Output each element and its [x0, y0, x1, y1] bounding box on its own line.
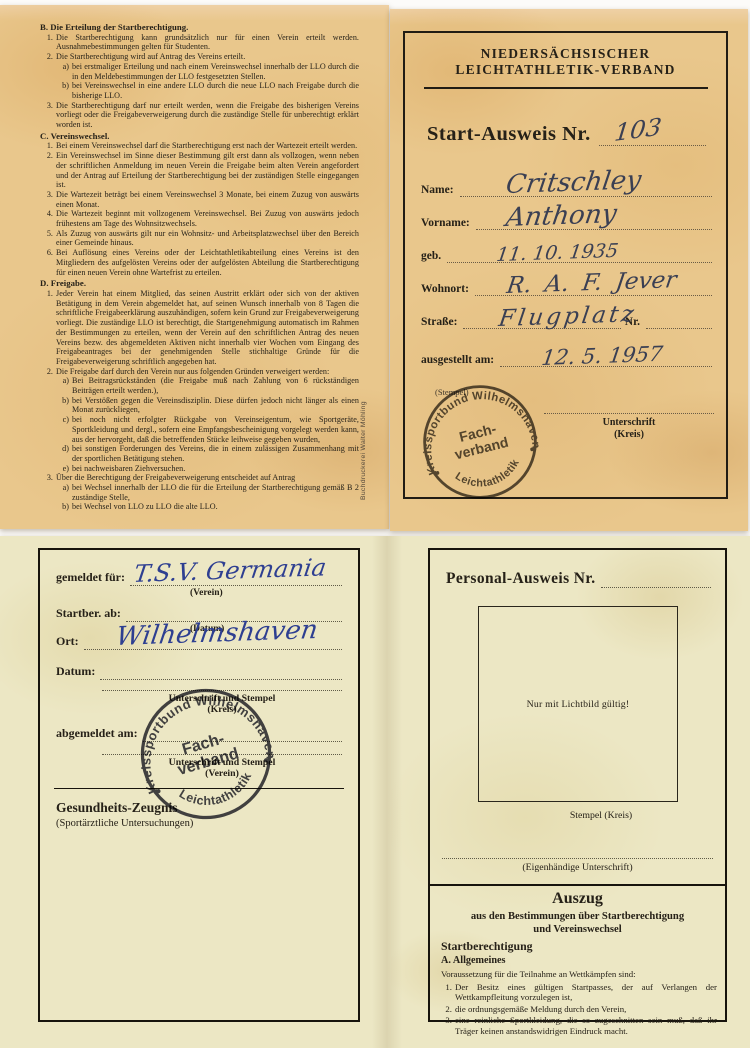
regulation-item: 3.Die Startberechtigung darf nur erteilt… — [40, 101, 359, 130]
item-text: bei Wechsel innerhalb der LLO die für di… — [72, 483, 359, 502]
auszug-subtitle-line1: aus den Bestimmungen über Startberechtig… — [430, 911, 725, 922]
item-text: eine reinliche Sportkleidung, die so zug… — [455, 1015, 717, 1036]
item-text: Der Besitz eines gültigen Startpasses, d… — [455, 982, 717, 1003]
auszug-items: 1.Der Besitz eines gültigen Startpasses,… — [441, 980, 717, 1036]
regulation-subitem: a)bei erstmaliger Erteilung und nach ein… — [57, 62, 359, 81]
item-text: die ordnungsgemäße Meldung durch den Ver… — [455, 1004, 717, 1014]
regulation-item: 2.Die Freigabe darf durch den Verein nur… — [40, 367, 359, 377]
item-marker: 1. — [40, 141, 53, 151]
ausgestellt-label: ausgestellt am: — [421, 354, 494, 367]
organization-name: NIEDERSÄCHSISCHER LEICHTATHLETIK-VERBAND — [405, 46, 726, 78]
item-text: Ein Vereinswechsel im Sinne dieser Besti… — [56, 151, 359, 190]
item-marker: a) — [57, 62, 69, 81]
item-marker: c) — [57, 415, 69, 444]
item-text: bei nachweisbaren Ziehversuchen. — [72, 464, 359, 474]
regulation-subitem: b)bei Wechsel von LLO zu LLO die alte LL… — [57, 502, 359, 512]
item-marker: a) — [57, 376, 69, 395]
regulations-text: B. Die Erteilung der Startberechtigung. … — [40, 21, 359, 512]
regulation-item: 3.Über die Berechtigung der Freigabeverw… — [40, 473, 359, 483]
strasse-field: Straße: Flugplatz Nr. — [421, 305, 712, 329]
item-marker: 3. — [441, 1015, 452, 1036]
regulation-item: 4.Die Wartezeit beginnt mit vollzogenem … — [40, 209, 359, 228]
auszug-item: 1.Der Besitz eines gültigen Startpasses,… — [441, 982, 717, 1003]
regulation-subitem: b)bei Verstößen gegen die Vereinsdiszipl… — [57, 396, 359, 415]
wohnort-field: Wohnort: R. A. F. Jever — [421, 272, 712, 296]
stamp-arc-bottom-text: Leichtathletik — [451, 455, 526, 497]
personal-ausweis-title: Personal-Ausweis Nr. — [446, 570, 596, 588]
item-marker: 6. — [40, 248, 53, 277]
item-marker: 2. — [441, 1004, 452, 1014]
auszug-item: 3.eine reinliche Sportkleidung, die so z… — [441, 1015, 717, 1036]
item-marker: 3. — [40, 473, 53, 483]
item-text: bei Verstößen gegen die Vereinsdisziplin… — [72, 396, 359, 415]
geburtsdatum-field: geb. 11. 10. 1935 — [421, 239, 712, 263]
registration-box: gemeldet für: T.S.V. Germania (Verein) S… — [38, 548, 360, 1022]
regulation-item: 1.Die Startberechtigung kann grundsätzli… — [40, 33, 359, 52]
startberechtigung-heading: Startberechtigung — [441, 939, 533, 954]
item-marker: d) — [57, 444, 69, 463]
handwritten-vorname: Anthony — [504, 199, 619, 233]
gemeldet-field: gemeldet für: T.S.V. Germania — [56, 564, 342, 586]
item-text: Bei Beitragsrückständen (die Freigabe mu… — [72, 376, 359, 395]
handwritten-ausgestellt-datum: 12. 5. 1957 — [540, 342, 664, 370]
svg-text:Leichtathletik: Leichtathletik — [451, 455, 526, 497]
auszug-subtitle-line2: und Vereinswechsel — [430, 924, 725, 935]
item-text: bei noch nicht erfolgter Rückgabe von Ve… — [72, 415, 359, 444]
item-text: bei Wechsel von LLO zu LLO die alte LLO. — [72, 502, 359, 512]
item-text: Als Zuzug von auswärts gilt nur ein Wohn… — [56, 229, 359, 248]
handwritten-strasse: Flugplatz — [497, 301, 638, 332]
signature-caption-line1: Unterschrift — [544, 417, 714, 429]
stempel-kreis-label: Stempel (Kreis) — [526, 810, 676, 821]
photo-placeholder-box: Nur mit Lichtbild gültig! — [478, 606, 678, 802]
regulation-item: 2.Die Startberechtigung wird auf Antrag … — [40, 52, 359, 62]
item-text: Die Freigabe darf durch den Verein nur a… — [56, 367, 359, 377]
name-line: Critschley — [460, 172, 712, 197]
item-text: Die Startberechtigung kann grundsätzlich… — [56, 33, 359, 52]
item-marker: b) — [57, 396, 69, 415]
startber-label: Startber. ab: — [56, 606, 121, 622]
item-marker: 1. — [441, 982, 452, 1003]
fold-shadow — [372, 536, 402, 1048]
regulation-item: 6.Bei Auflösung eines Vereins oder der L… — [40, 248, 359, 277]
ort-field: Ort: Wilhelmshaven — [56, 628, 342, 650]
round-stamp-kreissportbund: Kreissportbund Wilhelmshaven Leichtathle… — [406, 368, 554, 516]
allgemeines-heading: A. Allgemeines — [441, 955, 506, 966]
item-text: Jeder Verein hat einem Mitglied, das sei… — [56, 289, 359, 367]
personal-ausweis-box: Personal-Ausweis Nr. Nur mit Lichtbild g… — [428, 548, 727, 1022]
signature-line — [544, 413, 714, 414]
regulation-subitem: a)bei Wechsel innerhalb der LLO die für … — [57, 483, 359, 502]
datum-label: Datum: — [56, 664, 95, 680]
auszug-divider — [428, 884, 727, 886]
handwritten-wohnort: R. A. F. Jever — [505, 267, 678, 299]
handwritten-number: 103 — [613, 113, 663, 147]
wohnort-label: Wohnort: — [421, 283, 469, 296]
personal-signature-line — [442, 858, 713, 859]
regulation-subitem: b)bei Vereinswechsel in eine andere LLO … — [57, 81, 359, 100]
item-text: bei erstmaliger Erteilung und nach einem… — [72, 62, 359, 81]
verein-note: (Verein) — [190, 588, 223, 598]
strasse-label: Straße: — [421, 316, 457, 329]
number-line: 103 — [599, 121, 706, 146]
item-marker: e) — [57, 464, 69, 474]
personal-signature-caption: (Eigenhändige Unterschrift) — [442, 862, 713, 873]
item-text: Die Startberechtigung darf nur erteilt w… — [56, 101, 359, 130]
strasse-line: Flugplatz — [463, 304, 620, 329]
item-marker: 2. — [40, 52, 53, 62]
regulation-item: 1.Bei einem Vereinswechsel darf die Star… — [40, 141, 359, 151]
card-frame: NIEDERSÄCHSISCHER LEICHTATHLETIK-VERBAND… — [403, 31, 728, 499]
regulation-subitem: e)bei nachweisbaren Ziehversuchen. — [57, 464, 359, 474]
section-heading: B. Die Erteilung der Startberechtigung. — [40, 23, 359, 33]
start-ausweis-number-row: Start-Ausweis Nr. 103 — [427, 121, 706, 146]
item-marker: 4. — [40, 209, 53, 228]
organization-line2: LEICHTATHLETIK-VERBAND — [405, 62, 726, 78]
item-marker: 3. — [40, 101, 53, 130]
item-marker: 2. — [40, 151, 53, 190]
wohnort-line: R. A. F. Jever — [475, 271, 712, 296]
item-text: bei Vereinswechsel in eine andere LLO du… — [72, 81, 359, 100]
item-text: Über die Berechtigung der Freigabeverwei… — [56, 473, 359, 483]
scanned-start-ausweis-document: B. Die Erteilung der Startberechtigung. … — [0, 0, 750, 1048]
section-heading: D. Freigabe. — [40, 279, 359, 289]
regulation-item: 2.Ein Vereinswechsel im Sinne dieser Bes… — [40, 151, 359, 190]
item-text: bei sonstigen Forderungen des Vereins, d… — [72, 444, 359, 463]
item-marker: 5. — [40, 229, 53, 248]
personal-number-line — [601, 565, 711, 588]
geb-line: 11. 10. 1935 — [447, 238, 712, 263]
organization-line1: NIEDERSÄCHSISCHER — [405, 46, 726, 62]
geb-label: geb. — [421, 250, 441, 263]
ausgestellt-line: 12. 5. 1957 — [500, 342, 712, 367]
regulation-item: 3.Die Wartezeit beträgt bei einem Verein… — [40, 190, 359, 209]
bottom-spread-page: gemeldet für: T.S.V. Germania (Verein) S… — [0, 536, 750, 1048]
regulation-item: 5.Als Zuzug von auswärts gilt nur ein Wo… — [40, 229, 359, 248]
item-marker: b) — [57, 502, 69, 512]
ort-line: Wilhelmshaven — [84, 627, 342, 650]
gemeldet-label: gemeldet für: — [56, 570, 125, 586]
signature-zone: (Stempel) Unterschrift (Kreis) Kreisspor… — [405, 385, 726, 495]
item-text: Die Wartezeit beträgt bei einem Vereinsw… — [56, 190, 359, 209]
regulations-page: B. Die Erteilung der Startberechtigung. … — [0, 5, 389, 529]
ausgestellt-field: ausgestellt am: 12. 5. 1957 — [421, 343, 712, 367]
header-rule — [424, 87, 708, 89]
auszug-item: 2.die ordnungsgemäße Meldung durch den V… — [441, 1004, 717, 1014]
vorname-line: Anthony — [476, 205, 712, 230]
photo-note: Nur mit Lichtbild gültig! — [527, 699, 630, 710]
item-text: Die Startberechtigung wird auf Antrag de… — [56, 52, 359, 62]
item-marker: a) — [57, 483, 69, 502]
gemeldet-line: T.S.V. Germania — [130, 563, 342, 586]
item-marker: 1. — [40, 289, 53, 367]
auszug-intro: Voraussetzung für die Teilnahme an Wettk… — [441, 969, 717, 979]
auszug-title: Auszug — [430, 890, 725, 908]
item-marker: 1. — [40, 33, 53, 52]
ort-label: Ort: — [56, 634, 79, 650]
handwritten-ort: Wilhelmshaven — [114, 615, 320, 652]
vorname-label: Vorname: — [421, 217, 470, 230]
item-marker: 2. — [40, 367, 53, 377]
regulation-subitem: c)bei noch nicht erfolgter Rückgabe von … — [57, 415, 359, 444]
name-field: Name: Critschley — [421, 173, 712, 197]
item-marker: 3. — [40, 190, 53, 209]
handwritten-geburtsdatum: 11. 10. 1935 — [495, 240, 620, 266]
item-text: Bei einem Vereinswechsel darf die Startb… — [56, 141, 359, 151]
item-marker: b) — [57, 81, 69, 100]
printer-credit: Buchdruckerei Walter Möhling — [360, 335, 367, 500]
signature-caption-line2: (Kreis) — [544, 429, 714, 441]
item-text: Bei Auflösung eines Vereins oder der Lei… — [56, 248, 359, 277]
handwritten-name: Critschley — [504, 165, 643, 200]
start-ausweis-label: Start-Ausweis Nr. — [427, 123, 591, 146]
item-text: Die Wartezeit beginnt mit vollzogenem Ve… — [56, 209, 359, 228]
vorname-field: Vorname: Anthony — [421, 206, 712, 230]
regulation-subitem: d)bei sonstigen Forderungen des Vereins,… — [57, 444, 359, 463]
start-ausweis-page: NIEDERSÄCHSISCHER LEICHTATHLETIK-VERBAND… — [390, 9, 748, 531]
personal-ausweis-title-row: Personal-Ausweis Nr. — [446, 566, 711, 588]
regulation-subitem: a)Bei Beitragsrückständen (die Freigabe … — [57, 376, 359, 395]
datum-field: Datum: — [56, 658, 342, 680]
signature-caption: Unterschrift (Kreis) — [544, 417, 714, 440]
section-heading: C. Vereinswechsel. — [40, 132, 359, 142]
regulation-item: 1.Jeder Verein hat einem Mitglied, das s… — [40, 289, 359, 367]
name-label: Name: — [421, 184, 454, 197]
handwritten-verein: T.S.V. Germania — [132, 553, 328, 588]
nr-line — [646, 304, 712, 329]
